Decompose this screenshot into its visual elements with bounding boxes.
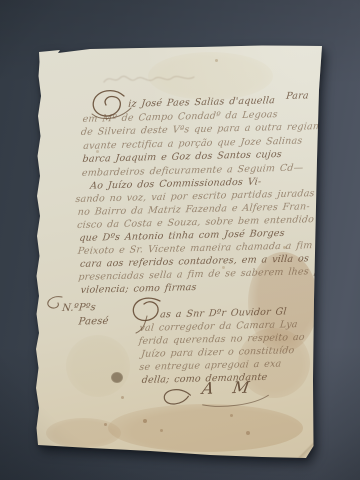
stain-mid-left-wash	[66, 335, 130, 397]
manuscript-line: Juízo para dizer o constituído	[141, 345, 295, 360]
show-through-writing	[102, 70, 197, 88]
foxing-spot	[230, 414, 233, 417]
foxing-spot	[143, 419, 147, 423]
manuscript-line: as a Snr Dºr Ouvidor Gl	[160, 306, 288, 320]
ink-blot	[111, 372, 123, 383]
corner-fold-mark	[296, 438, 320, 460]
margin-note-line: N.ºPºs	[62, 302, 97, 314]
manuscript-paragraph-1: iz José Paes Salias d'aquella Para em Mº…	[76, 90, 328, 188]
manuscript-line: se entregue apregoai a exa	[139, 358, 282, 373]
manuscript-paper: iz José Paes Salias d'aquella Para em Mº…	[0, 0, 360, 480]
paper-shadow-wrap: iz José Paes Salias d'aquella Para em Mº…	[0, 0, 360, 480]
signature-initials: A M	[201, 378, 258, 398]
stain-bottom-left	[46, 418, 121, 448]
manuscript-line: iz José Paes Salias d'aquella	[128, 95, 276, 110]
foxing-spot	[246, 431, 250, 435]
stain-bottom-band	[108, 404, 303, 452]
manuscript-line: violencia; como firmas	[80, 282, 197, 296]
manuscript-line: Para	[286, 90, 310, 102]
signature-block: A M	[156, 377, 277, 412]
photo-backdrop: iz José Paes Salias d'aquella Para em Mº…	[0, 0, 360, 480]
foxing-spot	[215, 59, 218, 62]
manuscript-line: barca Joaquim e Goz dos Santos cujos	[82, 149, 282, 165]
margin-note: N.ºPºs Paesé	[60, 301, 131, 335]
foxing-spot	[104, 423, 107, 426]
foxing-spot	[160, 429, 163, 432]
manuscript-paragraph-2: Ao Juízo dos Commissionados Vi- sando no…	[74, 175, 327, 303]
foxing-spot	[121, 396, 124, 399]
margin-note-line: Paesé	[78, 316, 109, 328]
